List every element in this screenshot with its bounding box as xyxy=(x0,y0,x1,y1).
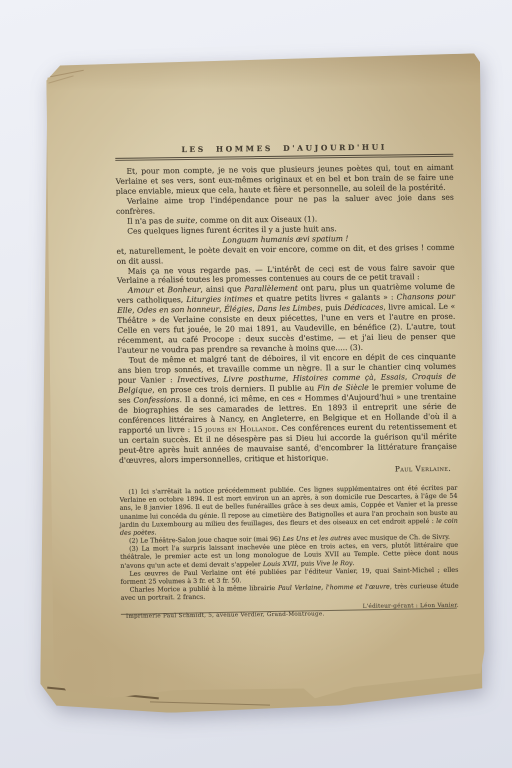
footnotes-block: (1) Ici s'arrêtait la notice précédemmen… xyxy=(119,484,458,602)
printed-page: LES HOMMES D'AUJOURD'HUI Et, pour mon co… xyxy=(114,54,459,622)
paragraph: Tout de même et malgré tant de déboires,… xyxy=(118,352,457,466)
running-header: LES HOMMES D'AUJOURD'HUI xyxy=(115,142,453,155)
footnote: (1) Ici s'arrêtait la notice précédemmen… xyxy=(119,484,458,537)
paper-sheet: LES HOMMES D'AUJOURD'HUI Et, pour mon co… xyxy=(44,53,488,704)
footnote: Charles Morice a publié à la même librai… xyxy=(121,582,459,602)
photo-background: LES HOMMES D'AUJOURD'HUI Et, pour mon co… xyxy=(0,0,512,768)
paragraph: Et, pour mon compte, je ne vois que plus… xyxy=(115,163,453,197)
imprint-row: L'éditeur-gérant : Léon Vanier. Imprimer… xyxy=(121,602,459,622)
header-double-rule xyxy=(115,154,453,162)
author-signature: Paul Verlaine. xyxy=(119,464,457,477)
article-body: Et, pour mon compte, je ne vois que plus… xyxy=(115,163,457,466)
imprint-printer: Imprimerie Paul Schmidt, 5, avenue Verdi… xyxy=(126,612,325,620)
paragraph: Amour et Bonheur, ainsi que Parallèlemen… xyxy=(117,282,456,356)
paper-stack: LES HOMMES D'AUJOURD'HUI Et, pour mon co… xyxy=(0,0,512,768)
